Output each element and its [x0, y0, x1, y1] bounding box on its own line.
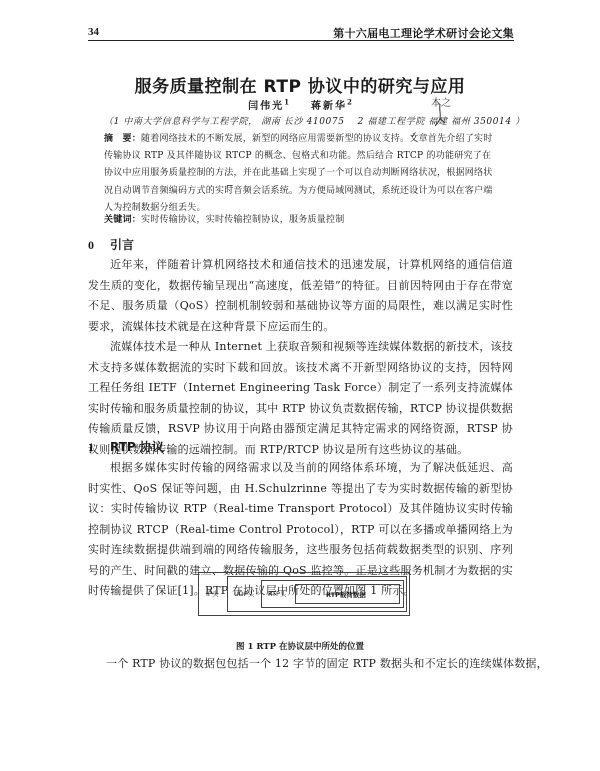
keywords-label: 关键词： [104, 215, 141, 225]
figure-rtp-box: RTP头 RTP载荷数据 [261, 580, 404, 608]
author-list: 闫伟光1 蒋新华2 [0, 97, 600, 112]
affiliation: （1 中南大学信息科学与工程学院， 湖南 长沙 410075 2 福建工程学院 … [104, 114, 525, 127]
body-paragraph: 近年来，伴随着计算机网络技术和通信技术的迅速发展，计算机网络的通信信道发生质的变… [88, 255, 513, 337]
figure-label-udp: UDP头 [234, 589, 254, 598]
keywords: 关键词：实时传输协议，实时传输控制协议，服务质量控制 [104, 212, 345, 225]
handwritten-insert-stroke-icon [435, 104, 445, 126]
author-name: 闫伟光 [248, 101, 284, 112]
section-title: 引言 [110, 238, 134, 252]
body-text-line: 一个 RTP 协议的数据包包括一个 12 字节的固定 RTP 数据头和不定长的连… [106, 655, 548, 671]
journal-title: 第十六届电工理论学术研讨会论文集 [333, 25, 514, 41]
section-title: RTP 协议 [110, 440, 164, 454]
section-heading: 0引言 [88, 236, 134, 253]
section-number: 0 [88, 238, 110, 253]
section-number: 1 [88, 440, 110, 455]
keywords-text: 实时传输协议，实时传输控制协议，服务质量控制 [141, 215, 345, 225]
figure-payload-box: RTP载荷数据 [295, 584, 400, 604]
figure-protocol-layers: IP头 UDP头 RTP头 RTP载荷数据 [198, 572, 410, 616]
figure-label-rtp: RTP头 [268, 589, 286, 598]
figure-label-ip: IP头 [206, 589, 218, 598]
figure-caption: 图 1 RTP 在协议层中所处的位置 [0, 640, 600, 652]
author-affil-mark: 2 [347, 98, 352, 107]
abstract-label: 摘 要： [104, 134, 141, 144]
author-name: 蒋新华 [311, 101, 347, 112]
page-number: 34 [88, 26, 99, 38]
header-rule [88, 40, 514, 41]
figure-label-payload: RTP载荷数据 [326, 590, 366, 599]
abstract: 摘 要：随着网络技术的不断发展，新型的网络应用需要新型的协议支持。文章首先介绍了… [104, 131, 499, 217]
paper-title: 服务质量控制在 RTP 协议中的研究与应用 [0, 72, 600, 97]
section-heading: 1RTP 协议 [88, 438, 164, 455]
figure-udp-box: UDP头 RTP头 RTP载荷数据 [227, 576, 407, 612]
abstract-text: 随着网络技术的不断发展，新型的网络应用需要新型的协议支持。文章首先介绍了实时传输… [104, 134, 493, 213]
author-affil-mark: 1 [284, 98, 289, 107]
